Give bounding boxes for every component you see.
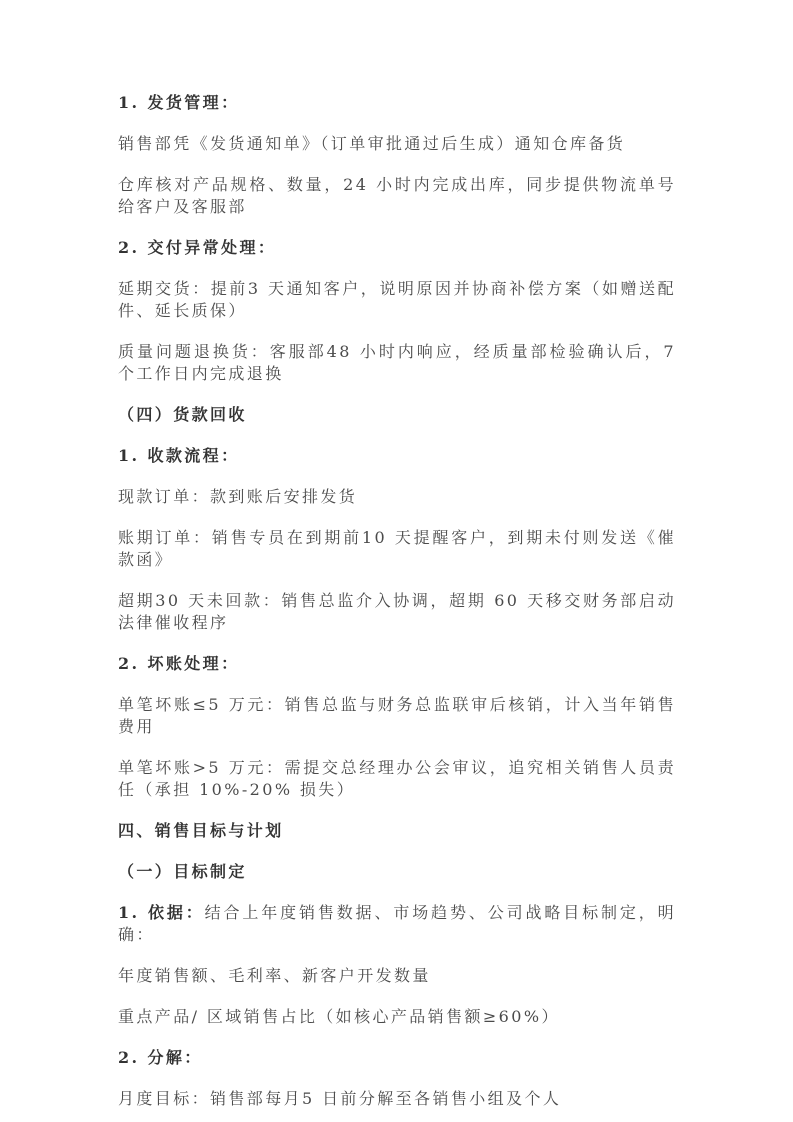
doc-paragraph-lead-label: 1. 依据： — [118, 903, 205, 922]
doc-paragraph: 账期订单：销售专员在到期前10 天提醒客户，到期未付则发送《催款函》 — [118, 527, 676, 571]
doc-heading-bad-debt: 2. 坏账处理： — [118, 653, 676, 675]
doc-paragraph: 仓库核对产品规格、数量，24 小时内完成出库，同步提供物流单号给客户及客服部 — [118, 174, 676, 218]
doc-paragraph: 月度目标：销售部每月5 日前分解至各销售小组及个人 — [118, 1088, 676, 1110]
doc-paragraph: 销售部凭《发货通知单》（订单审批通过后生成）通知仓库备货 — [118, 133, 676, 155]
doc-paragraph: 重点产品/ 区域销售占比（如核心产品销售额≥60%） — [118, 1006, 676, 1028]
document-body: 1. 发货管理： 销售部凭《发货通知单》（订单审批通过后生成）通知仓库备货 仓库… — [118, 92, 676, 1122]
doc-paragraph: 现款订单：款到账后安排发货 — [118, 486, 676, 508]
doc-paragraph: 延期交货：提前3 天通知客户，说明原因并协商补偿方案（如赠送配件、延长质保） — [118, 278, 676, 322]
doc-heading-decomposition: 2. 分解： — [118, 1047, 676, 1069]
doc-heading-payment-collection-section: （四）货款回收 — [118, 404, 676, 426]
doc-heading-delivery-exception: 2. 交付异常处理： — [118, 237, 676, 259]
doc-heading-collection-process: 1. 收款流程： — [118, 445, 676, 467]
doc-paragraph: 年度销售额、毛利率、新客户开发数量 — [118, 965, 676, 987]
doc-paragraph: 超期30 天未回款：销售总监介入协调，超期 60 天移交财务部启动法律催收程序 — [118, 590, 676, 634]
document-page: 1. 发货管理： 销售部凭《发货通知单》（订单审批通过后生成）通知仓库备货 仓库… — [0, 0, 793, 1122]
doc-heading-shipping-management: 1. 发货管理： — [118, 92, 676, 114]
doc-heading-sales-target-chapter: 四、销售目标与计划 — [118, 820, 676, 842]
doc-paragraph-basis: 1. 依据：结合上年度销售数据、市场趋势、公司战略目标制定，明确： — [118, 902, 676, 946]
doc-heading-target-setting: （一）目标制定 — [118, 861, 676, 883]
doc-paragraph: 单笔坏账≤5 万元：销售总监与财务总监联审后核销，计入当年销售费用 — [118, 694, 676, 738]
doc-paragraph: 质量问题退换货：客服部48 小时内响应，经质量部检验确认后，7 个工作日内完成退… — [118, 341, 676, 385]
doc-paragraph: 单笔坏账>5 万元：需提交总经理办公会审议，追究相关销售人员责任（承担 10%-… — [118, 757, 676, 801]
